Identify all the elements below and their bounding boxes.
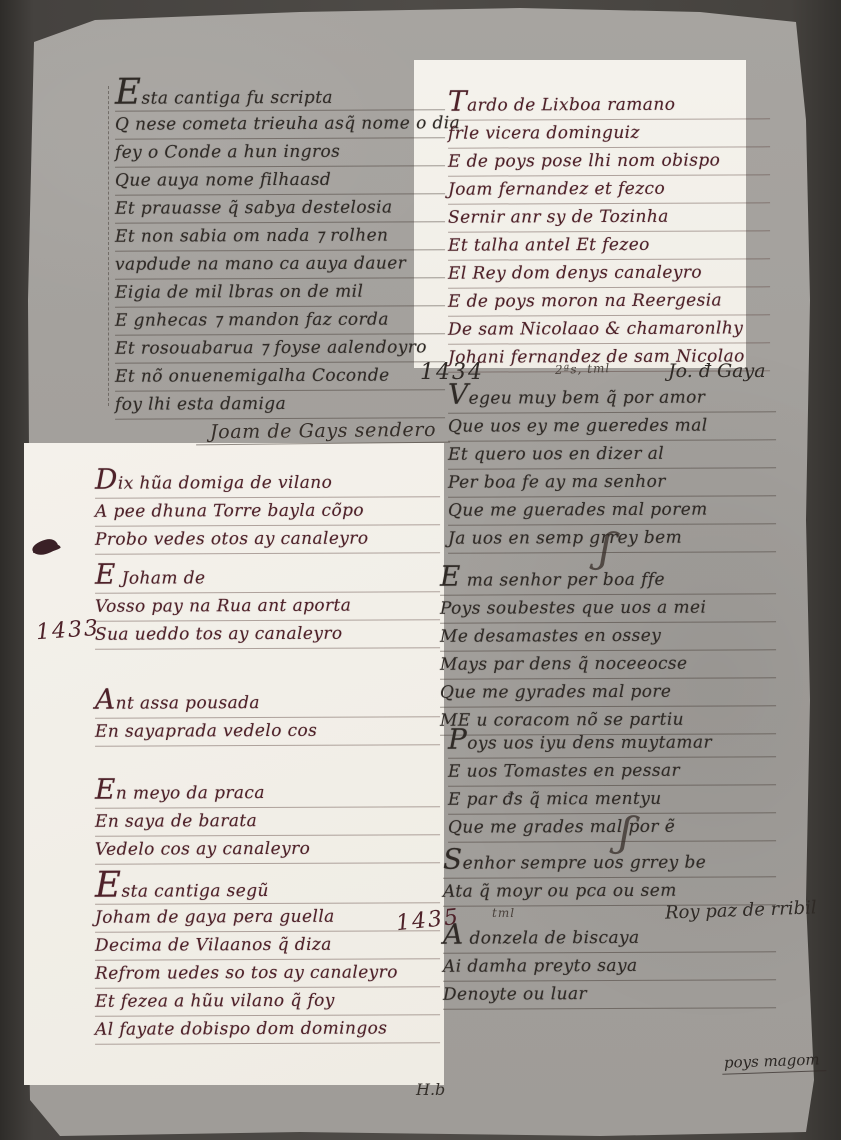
manuscript-line: Joam fernandez et fezco bbox=[448, 175, 770, 204]
manuscript-line: Ai damha preyto saya bbox=[443, 952, 776, 981]
manuscript-line: E ma senhor per boa ffe bbox=[440, 566, 776, 595]
manuscript-line: Sua ueddo tos ay canaleyro bbox=[95, 620, 440, 650]
manuscript-line: Et nõ onuenemigalha Coconde bbox=[115, 362, 445, 391]
manuscript-line: Et quero uos en dizer al bbox=[448, 440, 776, 469]
manuscript-line: Que uos ey me gueredes mal bbox=[448, 412, 776, 441]
manuscript-line: Et prauasse q̃ sabya destelosia bbox=[115, 194, 445, 223]
manuscript-line: Tardo de Lixboa ramano bbox=[448, 91, 770, 120]
manuscript-line: Eigia de mil lbras on de mil bbox=[115, 278, 445, 307]
left-column-heading: Joam de Gays sendero bbox=[196, 419, 450, 446]
margin-note-small-top: 2ªs, tml bbox=[555, 361, 611, 377]
manuscript-line: El Rey dom denys canaleyro bbox=[448, 259, 770, 288]
left-stanza-1: Dix hũa domiga de vilanoA pee dhuna Torr… bbox=[95, 470, 440, 554]
manuscript-line: Al fayate dobispo dom domingos bbox=[95, 1015, 440, 1045]
margin-note-small-mid: tml bbox=[492, 906, 515, 920]
manuscript-line: Et talha antel Et fezeo bbox=[448, 231, 770, 260]
manuscript-line: Joham de gaya pera guella bbox=[95, 903, 440, 933]
left-column-intro: Esta cantiga fu scriptaQ nese cometa tri… bbox=[115, 83, 445, 419]
margin-rule bbox=[108, 86, 109, 406]
manuscript-line: Et rosouabarua ⁊ foyse aalendoyro bbox=[115, 334, 445, 363]
manuscript-line: Mays par dens q̃ noceeocse bbox=[440, 650, 776, 679]
left-stanza-2: E Joham deVosso pay na Rua ant aportaSua… bbox=[95, 565, 440, 649]
manuscript-line: Vegeu muy bem q̃ por amor bbox=[448, 384, 776, 413]
manuscript-line: A pee dhuna Torre bayla cõpo bbox=[95, 497, 440, 527]
bottom-note: poys magom bbox=[722, 1050, 826, 1075]
manuscript-line: Q nese cometa trieuha asq̃ nome o dia bbox=[115, 110, 445, 139]
manuscript-line: E de poys pose lhi nom obispo bbox=[448, 147, 770, 176]
folio-mark: H.b bbox=[416, 1080, 445, 1099]
manuscript-line: Poys soubestes que uos a mei bbox=[440, 594, 776, 623]
manuscript-line: En saya de barata bbox=[95, 807, 440, 837]
manuscript-line: Vedelo cos ay canaleyro bbox=[95, 835, 440, 865]
manuscript-line: Esta cantiga fu scripta bbox=[115, 82, 445, 111]
right-stanza-c: Poys uos iyu dens muytamarE uos Tomastes… bbox=[448, 730, 776, 842]
manuscript-line: Que me grades mal por ẽ bbox=[448, 813, 776, 842]
margin-attribution-gaya: Jo. đ Gaya bbox=[668, 360, 766, 382]
manuscript-line: Et fezea a hũu vilano q̃ foy bbox=[95, 987, 440, 1017]
manuscript-line: De sam Nicolaao & chamaronlhy bbox=[448, 315, 770, 344]
manuscript-line: Que auya nome filhaasd bbox=[115, 166, 445, 195]
manuscript-line: Ant assa pousada bbox=[95, 689, 440, 719]
right-stanza-e: A donzela de biscayaAi damha preyto saya… bbox=[443, 925, 776, 1009]
right-stanza-b: E ma senhor per boa ffePoys soubestes qu… bbox=[440, 567, 776, 735]
manuscript-line: Me desamastes en ossey bbox=[440, 622, 776, 651]
manuscript-line: Que me guerades mal porem bbox=[448, 496, 776, 525]
manuscript-line: foy lhi esta damiga bbox=[115, 390, 445, 419]
manuscript-line: Per boa fe ay ma senhor bbox=[448, 468, 776, 497]
manuscript-line: Denoyte ou luar bbox=[443, 980, 776, 1009]
manuscript-line: fey o Conde a hun ingros bbox=[115, 138, 445, 167]
right-column-highlight-text: Tardo de Lixboa ramanofrle vicera doming… bbox=[448, 92, 770, 372]
manuscript-line: Sernir anr sy de Tozinha bbox=[448, 203, 770, 232]
manuscript-line: En meyo da praca bbox=[95, 779, 440, 809]
right-stanza-d: Senhor sempre uos grrey beAta q̃ moyr ou… bbox=[443, 850, 776, 906]
manuscript-line: E gnhecas ⁊ mandon faz corda bbox=[115, 306, 445, 335]
manuscript-line: A donzela de biscaya bbox=[443, 924, 776, 953]
manuscript-line: E par đs q̃ mica mentyu bbox=[448, 785, 776, 814]
manuscript-line: Esta cantiga segũ bbox=[95, 875, 440, 905]
manuscript-line: Probo vedes otos ay canaleyro bbox=[95, 525, 440, 555]
manuscript-line: Que me gyrades mal pore bbox=[440, 678, 776, 707]
left-stanza-3: Ant assa pousadaEn sayaprada vedelo cos bbox=[95, 690, 440, 746]
margin-year-1433: 1433 bbox=[35, 616, 101, 645]
left-stanza-5: Esta cantiga segũJoham de gaya pera guel… bbox=[95, 876, 440, 1044]
manuscript-scan: { "document": { "kind": "medieval songbo… bbox=[0, 0, 841, 1140]
manuscript-line: Decima de Vilaanos q̃ diza bbox=[95, 931, 440, 961]
manuscript-line: Vosso pay na Rua ant aporta bbox=[95, 592, 440, 622]
manuscript-line: Poys uos iyu dens muytamar bbox=[448, 729, 776, 758]
left-stanza-4: En meyo da pracaEn saya de barataVedelo … bbox=[95, 780, 440, 864]
manuscript-line: vapdude na mano ca auya dauer bbox=[115, 250, 445, 279]
manuscript-line: E Joham de bbox=[95, 564, 440, 594]
manuscript-line: Senhor sempre uos grrey be bbox=[443, 849, 776, 878]
manuscript-line: En sayaprada vedelo cos bbox=[95, 717, 440, 747]
manuscript-line: Et non sabia om nada ⁊ rolhen bbox=[115, 222, 445, 251]
manuscript-line: Dix hũa domiga de vilano bbox=[95, 469, 440, 499]
margin-year-1434: 1434 bbox=[420, 360, 484, 385]
manuscript-line: Refrom uedes so tos ay canaleyro bbox=[95, 959, 440, 989]
manuscript-line: frle vicera dominguiz bbox=[448, 119, 770, 148]
manuscript-line: E uos Tomastes en pessar bbox=[448, 757, 776, 786]
manuscript-line: E de poys moron na Reergesia bbox=[448, 287, 770, 316]
